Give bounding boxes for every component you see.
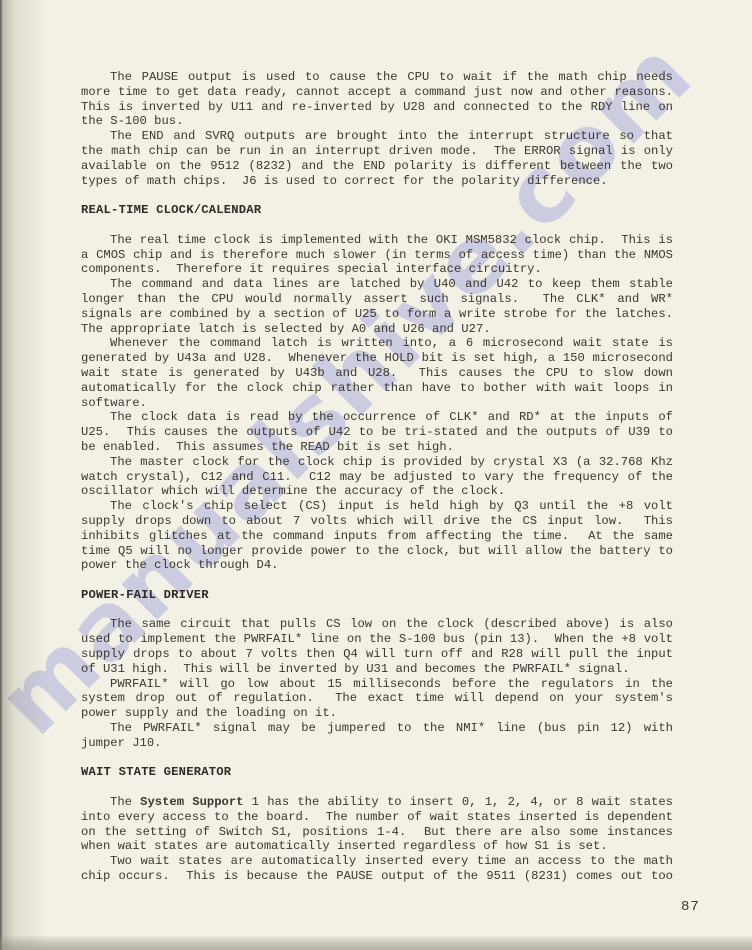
document-body: The PAUSE output is used to cause the CP… bbox=[81, 70, 673, 884]
paragraph: The clock's chip select (CS) input is he… bbox=[81, 499, 673, 573]
text-line: The END and SVRQ outputs are brought int… bbox=[81, 129, 673, 144]
text-line: components. Therefore it requires specia… bbox=[81, 262, 673, 277]
text-line: more time to get data ready, cannot acce… bbox=[81, 85, 673, 100]
text-line: This is inverted by U11 and re-inverted … bbox=[81, 100, 673, 115]
text-line: supply drops to about 7 volts then Q4 wi… bbox=[81, 647, 673, 662]
text-line: The clock's chip select (CS) input is he… bbox=[81, 499, 673, 514]
paragraph: Two wait states are automatically insert… bbox=[81, 854, 673, 884]
text-segment: The bbox=[110, 795, 140, 809]
text-line: The clock data is read by the occurrence… bbox=[81, 410, 673, 425]
section-heading: POWER-FAIL DRIVER bbox=[81, 588, 673, 603]
text-line: oscillator which will determine the accu… bbox=[81, 484, 673, 499]
text-line: of U31 high. This will be inverted by U3… bbox=[81, 662, 673, 677]
text-line: The master clock for the clock chip is p… bbox=[81, 455, 673, 470]
text-line: time Q5 will no longer provide power to … bbox=[81, 544, 673, 559]
text-line: Two wait states are automatically insert… bbox=[81, 854, 673, 869]
text-line: The appropriate latch is selected by A0 … bbox=[81, 322, 673, 337]
text-line: automatically for the clock chip rather … bbox=[81, 381, 673, 396]
text-line: a CMOS chip and is therefore much slower… bbox=[81, 248, 673, 263]
text-line: the math chip can be run in an interrupt… bbox=[81, 144, 673, 159]
text-line: longer than the CPU would normally asser… bbox=[81, 292, 673, 307]
bold-text: System Support bbox=[140, 795, 243, 809]
paragraph: The System Support 1 has the ability to … bbox=[81, 795, 673, 854]
text-line: used to implement the PWRFAIL* line on t… bbox=[81, 632, 673, 647]
paragraph: The master clock for the clock chip is p… bbox=[81, 455, 673, 499]
paragraph: The END and SVRQ outputs are brought int… bbox=[81, 129, 673, 188]
section-heading: WAIT STATE GENERATOR bbox=[81, 765, 673, 780]
paragraph: The same circuit that pulls CS low on th… bbox=[81, 617, 673, 676]
text-line: watch crystal), C12 and C11. C12 may be … bbox=[81, 470, 673, 485]
page-number: 87 bbox=[681, 899, 700, 915]
text-line: The System Support 1 has the ability to … bbox=[81, 795, 673, 810]
text-line: when wait states are automatically inser… bbox=[81, 839, 673, 854]
text-line: PWRFAIL* will go low about 15 millisecon… bbox=[81, 677, 673, 692]
text-line: U25. This causes the outputs of U42 to b… bbox=[81, 425, 673, 440]
text-line: The PWRFAIL* signal may be jumpered to t… bbox=[81, 721, 673, 736]
scanned-manual-page: { "colors":{"paper":"#f3f0e5","ink":"#3b… bbox=[0, 0, 752, 950]
text-line: software. bbox=[81, 396, 673, 411]
text-line: The real time clock is implemented with … bbox=[81, 233, 673, 248]
text-line: available on the 9512 (8232) and the END… bbox=[81, 159, 673, 174]
section-heading: REAL-TIME CLOCK/CALENDAR bbox=[81, 203, 673, 218]
text-line: inhibits glitches at the command inputs … bbox=[81, 529, 673, 544]
scan-edge-shadow bbox=[0, 0, 48, 950]
text-line: be enabled. This assumes the READ bit is… bbox=[81, 440, 673, 455]
text-line: chip occurs. This is because the PAUSE o… bbox=[81, 869, 673, 884]
text-line: the S-100 bus. bbox=[81, 114, 673, 129]
text-line: The same circuit that pulls CS low on th… bbox=[81, 617, 673, 632]
text-line: jumper J10. bbox=[81, 736, 673, 751]
text-line: types of math chips. J6 is used to corre… bbox=[81, 174, 673, 189]
text-line: generated by U43a and U28. Whenever the … bbox=[81, 351, 673, 366]
text-line: power supply and the loading on it. bbox=[81, 706, 673, 721]
text-line: wait state is generated by U43b and U28.… bbox=[81, 366, 673, 381]
paragraph: Whenever the command latch is written in… bbox=[81, 336, 673, 410]
paragraph: The command and data lines are latched b… bbox=[81, 277, 673, 336]
text-line: on the setting of Switch S1, positions 1… bbox=[81, 825, 673, 840]
text-line: signals are combined by a section of U25… bbox=[81, 307, 673, 322]
text-segment: 1 has the ability to insert 0, 1, 2, 4, … bbox=[243, 795, 673, 809]
text-line: Whenever the command latch is written in… bbox=[81, 336, 673, 351]
paragraph: The real time clock is implemented with … bbox=[81, 233, 673, 277]
text-line: into every access to the board. The numb… bbox=[81, 810, 673, 825]
paragraph: The PWRFAIL* signal may be jumpered to t… bbox=[81, 721, 673, 751]
text-line: The command and data lines are latched b… bbox=[81, 277, 673, 292]
text-line: system drop out of regulation. The exact… bbox=[81, 691, 673, 706]
text-line: The PAUSE output is used to cause the CP… bbox=[81, 70, 673, 85]
text-line: supply drops down to about 7 volts which… bbox=[81, 514, 673, 529]
paragraph: The clock data is read by the occurrence… bbox=[81, 410, 673, 454]
text-line: power the clock through D4. bbox=[81, 558, 673, 573]
paragraph: The PAUSE output is used to cause the CP… bbox=[81, 70, 673, 129]
paragraph: PWRFAIL* will go low about 15 millisecon… bbox=[81, 677, 673, 721]
scan-bottom-band bbox=[0, 936, 752, 950]
